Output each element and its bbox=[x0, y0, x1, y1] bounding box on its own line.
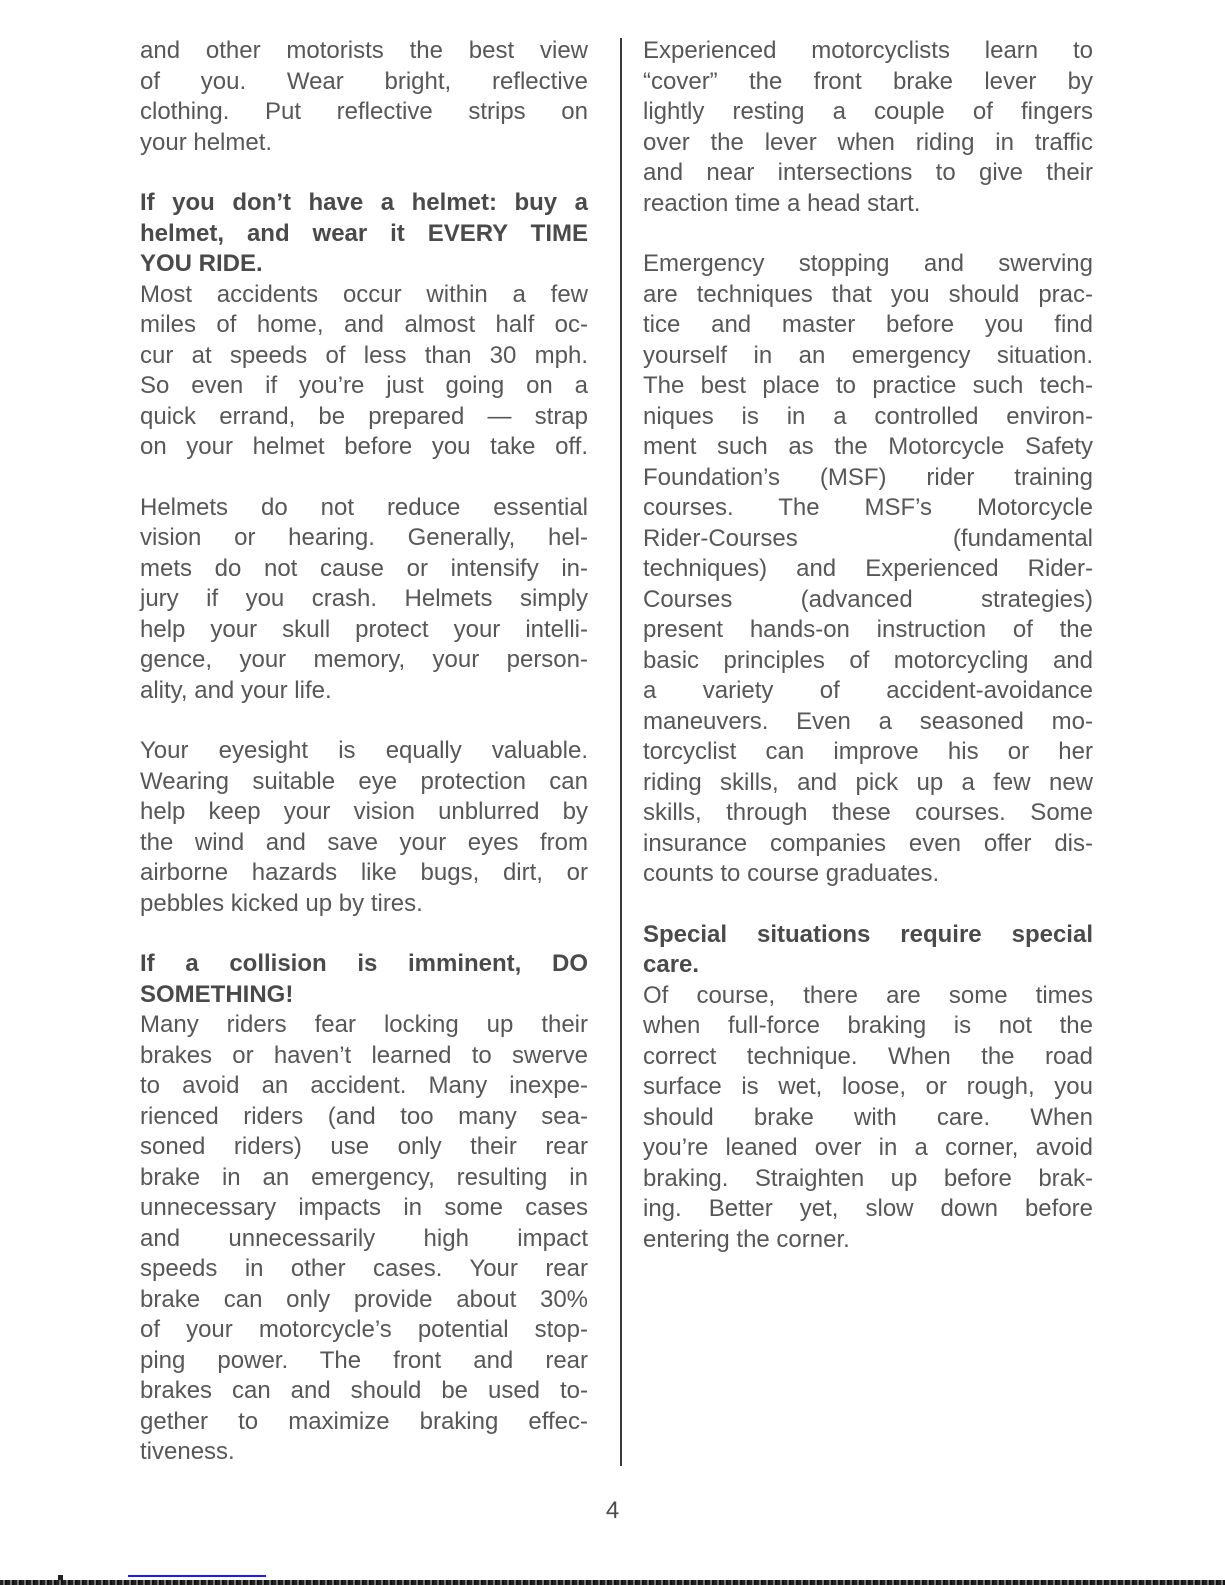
scan-artifact-border bbox=[0, 1580, 1225, 1585]
text-line: tice and master before you find bbox=[643, 310, 1093, 341]
text-line: a variety of accident-avoidance bbox=[643, 676, 1093, 707]
text-line: entering the corner. bbox=[643, 1225, 1093, 1256]
text-line: pebbles kicked up by tires. bbox=[140, 889, 588, 920]
text-line: courses. The MSF’s Motorcycle bbox=[643, 493, 1093, 524]
text-line: So even if you’re just going on a bbox=[140, 371, 588, 402]
text-line: quick errand, be prepared — strap bbox=[140, 402, 588, 433]
text-line: and other motorists the best view bbox=[140, 36, 588, 67]
text-line: airborne hazards like bugs, dirt, or bbox=[140, 858, 588, 889]
text-line: miles of home, and almost half oc- bbox=[140, 310, 588, 341]
text-line: unnecessary impacts in some cases bbox=[140, 1193, 588, 1224]
text-line: “cover” the front brake lever by bbox=[643, 67, 1093, 98]
text-line: Experienced motorcyclists learn to bbox=[643, 36, 1093, 67]
text-line: over the lever when riding in traffic bbox=[643, 128, 1093, 159]
text-line: of you. Wear bright, reflective bbox=[140, 67, 588, 98]
text-line: ping power. The front and rear bbox=[140, 1346, 588, 1377]
text-line: Helmets do not reduce essential bbox=[140, 493, 588, 524]
text-line: counts to course graduates. bbox=[643, 859, 1093, 890]
text-line: vision or hearing. Generally, hel- bbox=[140, 523, 588, 554]
text-line: brakes can and should be used to- bbox=[140, 1376, 588, 1407]
text-line: cur at speeds of less than 30 mph. bbox=[140, 341, 588, 372]
special-situations-heading: Special situations require special care. bbox=[643, 920, 1093, 981]
eyesight-paragraph: Your eyesight is equally valuable. Weari… bbox=[140, 736, 588, 919]
text-line: yourself in an emergency situation. bbox=[643, 341, 1093, 372]
text-line: Your eyesight is equally valuable. bbox=[140, 736, 588, 767]
text-line: soned riders) use only their rear bbox=[140, 1132, 588, 1163]
collision-paragraph: Many riders fear locking up their brakes… bbox=[140, 1010, 588, 1468]
text-line: skills, through these courses. Some bbox=[643, 798, 1093, 829]
helmets-vision-paragraph: Helmets do not reduce essential vision o… bbox=[140, 493, 588, 707]
text-line: ment such as the Motorcycle Safety bbox=[643, 432, 1093, 463]
text-line: insurance companies even offer dis- bbox=[643, 829, 1093, 860]
text-line: Most accidents occur within a few bbox=[140, 280, 588, 311]
text-line: Of course, there are some times bbox=[643, 981, 1093, 1012]
text-line: the wind and save your eyes from bbox=[140, 828, 588, 859]
text-line: brake can only provide about 30% bbox=[140, 1285, 588, 1316]
text-line: braking. Straighten up before brak- bbox=[643, 1164, 1093, 1195]
text-line: Wearing suitable eye protection can bbox=[140, 767, 588, 798]
scan-artifact-line bbox=[128, 1575, 266, 1577]
text-line: you’re leaned over in a corner, avoid bbox=[643, 1133, 1093, 1164]
text-line: lightly resting a couple of fingers bbox=[643, 97, 1093, 128]
helmet-heading: If you don’t have a helmet: buy a helmet… bbox=[140, 188, 588, 280]
heading-line: helmet, and wear it EVERY TIME bbox=[140, 219, 588, 250]
heading-line: Special situations require special bbox=[643, 920, 1093, 951]
emergency-paragraph: Emergency stopping and swerving are tech… bbox=[643, 249, 1093, 890]
text-line: when full-force braking is not the bbox=[643, 1011, 1093, 1042]
text-line: should brake with care. When bbox=[643, 1103, 1093, 1134]
text-line: speeds in other cases. Your rear bbox=[140, 1254, 588, 1285]
heading-line: YOU RIDE. bbox=[140, 249, 588, 280]
right-column: Experienced motorcyclists learn to “cove… bbox=[643, 36, 1093, 1255]
text-line: basic principles of motorcycling and bbox=[643, 646, 1093, 677]
text-line: Courses (advanced strategies) bbox=[643, 585, 1093, 616]
text-line: on your helmet before you take off. bbox=[140, 432, 588, 463]
page-number: 4 bbox=[0, 1497, 1225, 1525]
cover-brake-paragraph: Experienced motorcyclists learn to “cove… bbox=[643, 36, 1093, 219]
text-line: reaction time a head start. bbox=[643, 189, 1093, 220]
text-line: and near intersections to give their bbox=[643, 158, 1093, 189]
document-page: and other motorists the best view of you… bbox=[0, 0, 1225, 1585]
text-line: riding skills, and pick up a few new bbox=[643, 768, 1093, 799]
text-line: brake in an emergency, resulting in bbox=[140, 1163, 588, 1194]
text-line: correct technique. When the road bbox=[643, 1042, 1093, 1073]
left-column: and other motorists the best view of you… bbox=[140, 36, 588, 1468]
text-line: ality, and your life. bbox=[140, 676, 588, 707]
text-line: Foundation’s (MSF) rider training bbox=[643, 463, 1093, 494]
text-line: clothing. Put reflective strips on bbox=[140, 97, 588, 128]
text-line: mets do not cause or intensify in- bbox=[140, 554, 588, 585]
text-line: torcyclist can improve his or her bbox=[643, 737, 1093, 768]
text-line: are techniques that you should prac- bbox=[643, 280, 1093, 311]
text-line: brakes or haven’t learned to swerve bbox=[140, 1041, 588, 1072]
text-line: maneuvers. Even a seasoned mo- bbox=[643, 707, 1093, 738]
helmet-paragraph: Most accidents occur within a few miles … bbox=[140, 280, 588, 463]
text-line: Many riders fear locking up their bbox=[140, 1010, 588, 1041]
collision-heading: If a collision is imminent, DO SOMETHING… bbox=[140, 949, 588, 1010]
text-line: Rider-Courses (fundamental bbox=[643, 524, 1093, 555]
heading-line: If you don’t have a helmet: buy a bbox=[140, 188, 588, 219]
text-line: of your motorcycle’s potential stop- bbox=[140, 1315, 588, 1346]
text-line: gence, your memory, your person- bbox=[140, 645, 588, 676]
text-line: help your skull protect your intelli- bbox=[140, 615, 588, 646]
text-line: surface is wet, loose, or rough, you bbox=[643, 1072, 1093, 1103]
text-line: The best place to practice such tech- bbox=[643, 371, 1093, 402]
text-line: techniques) and Experienced Rider- bbox=[643, 554, 1093, 585]
special-situations-paragraph: Of course, there are some times when ful… bbox=[643, 981, 1093, 1256]
text-line: present hands-on instruction of the bbox=[643, 615, 1093, 646]
heading-line: If a collision is imminent, DO bbox=[140, 949, 588, 980]
text-line: tiveness. bbox=[140, 1437, 588, 1468]
text-line: jury if you crash. Helmets simply bbox=[140, 584, 588, 615]
heading-line: care. bbox=[643, 950, 1093, 981]
column-divider bbox=[620, 38, 622, 1466]
text-line: rienced riders (and too many sea- bbox=[140, 1102, 588, 1133]
text-line: ing. Better yet, slow down before bbox=[643, 1194, 1093, 1225]
text-line: to avoid an accident. Many inexpe- bbox=[140, 1071, 588, 1102]
text-line: Emergency stopping and swerving bbox=[643, 249, 1093, 280]
text-line: help keep your vision unblurred by bbox=[140, 797, 588, 828]
text-line: gether to maximize braking effec- bbox=[140, 1407, 588, 1438]
heading-line: SOMETHING! bbox=[140, 980, 588, 1011]
text-line: and unnecessarily high impact bbox=[140, 1224, 588, 1255]
text-line: your helmet. bbox=[140, 128, 588, 159]
text-line: niques is in a controlled environ- bbox=[643, 402, 1093, 433]
intro-paragraph: and other motorists the best view of you… bbox=[140, 36, 588, 158]
